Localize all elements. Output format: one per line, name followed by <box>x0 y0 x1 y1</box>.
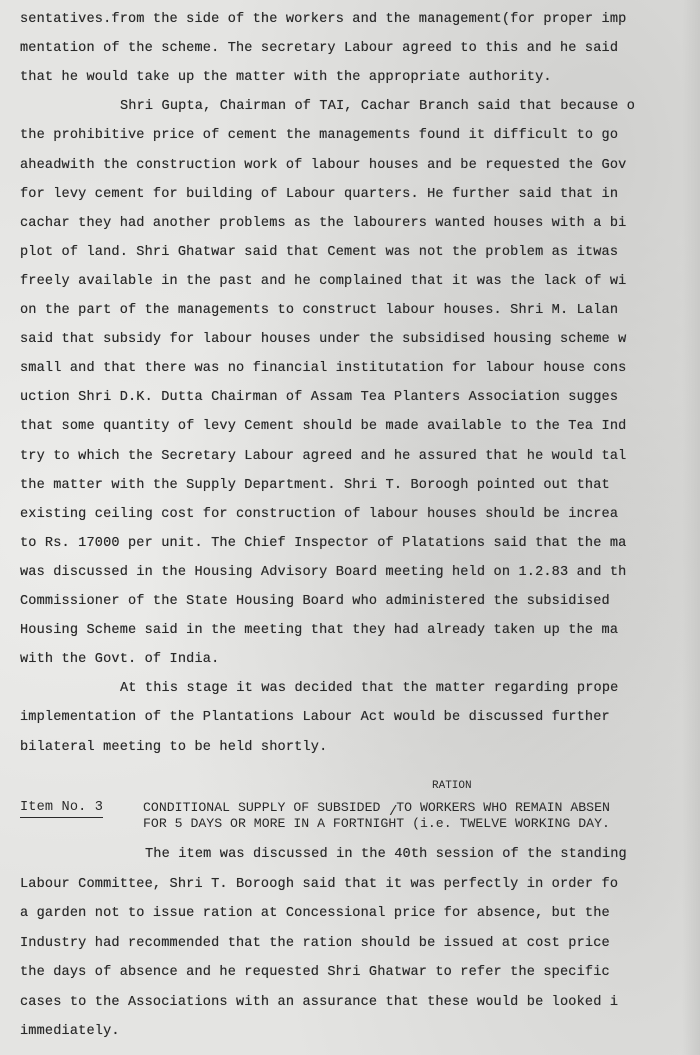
document-text-line: to Rs. 17000 per unit. The Chief Inspect… <box>20 536 626 552</box>
document-text-line: bilateral meeting to be held shortly. <box>20 740 327 756</box>
document-text-line: The item was discussed in the 40th sessi… <box>145 847 627 863</box>
document-text-line: immediately. <box>20 1024 120 1040</box>
document-text-line: sentatives.from the side of the workers … <box>20 12 626 28</box>
document-text-line: cases to the Associations with an assura… <box>20 995 618 1011</box>
typewritten-document-page: sentatives.from the side of the workers … <box>0 0 700 1055</box>
document-text-line: that some quantity of levy Cement should… <box>20 419 626 435</box>
document-text-line: Shri Gupta, Chairman of TAI, Cachar Bran… <box>120 99 635 115</box>
document-text-line: was discussed in the Housing Advisory Bo… <box>20 565 626 581</box>
document-text-line: said that subsidy for labour houses unde… <box>20 332 626 348</box>
document-text-line: Labour Committee, Shri T. Boroogh said t… <box>20 877 618 893</box>
document-text-line: plot of land. Shri Ghatwar said that Cem… <box>20 245 618 261</box>
document-text-line: freely available in the past and he comp… <box>20 274 626 290</box>
document-text-line: At this stage it was decided that the ma… <box>120 681 618 697</box>
document-text-line: small and that there was no financial in… <box>20 361 626 377</box>
document-text-line: implementation of the Plantations Labour… <box>20 710 610 726</box>
document-text-line: try to which the Secretary Labour agreed… <box>20 449 626 465</box>
document-text-line: Commissioner of the State Housing Board … <box>20 594 610 610</box>
document-text-line: mentation of the scheme. The secretary L… <box>20 41 618 57</box>
document-text-line: Industry had recommended that the ration… <box>20 936 610 952</box>
document-text-line: existing ceiling cost for construction o… <box>20 507 618 523</box>
document-text-line: Housing Scheme said in the meeting that … <box>20 623 618 639</box>
document-text-line: on the part of the managements to constr… <box>20 303 618 319</box>
handwritten-insert-ration: RATION <box>432 780 472 792</box>
document-text-line: aheadwith the construction work of labou… <box>20 158 626 174</box>
item-title-line-1: CONDITIONAL SUPPLY OF SUBSIDED TO WORKER… <box>143 801 610 815</box>
document-text-line: the matter with the Supply Department. S… <box>20 478 610 494</box>
scan-edge-shadow <box>682 0 700 1055</box>
document-text-line: for levy cement for building of Labour q… <box>20 187 618 203</box>
item-number-heading: Item No. 3 <box>20 800 103 818</box>
document-text-line: uction Shri D.K. Dutta Chairman of Assam… <box>20 390 618 406</box>
document-text-line: the days of absence and he requested Shr… <box>20 965 610 981</box>
document-text-line: the prohibitive price of cement the mana… <box>20 128 618 144</box>
item-title-line-2: FOR 5 DAYS OR MORE IN A FORTNIGHT (i.e. … <box>143 817 610 831</box>
document-text-line: cachar they had another problems as the … <box>20 216 626 232</box>
document-text-line: a garden not to issue ration at Concessi… <box>20 906 610 922</box>
document-text-line: with the Govt. of India. <box>20 652 219 668</box>
document-text-line: that he would take up the matter with th… <box>20 70 552 86</box>
